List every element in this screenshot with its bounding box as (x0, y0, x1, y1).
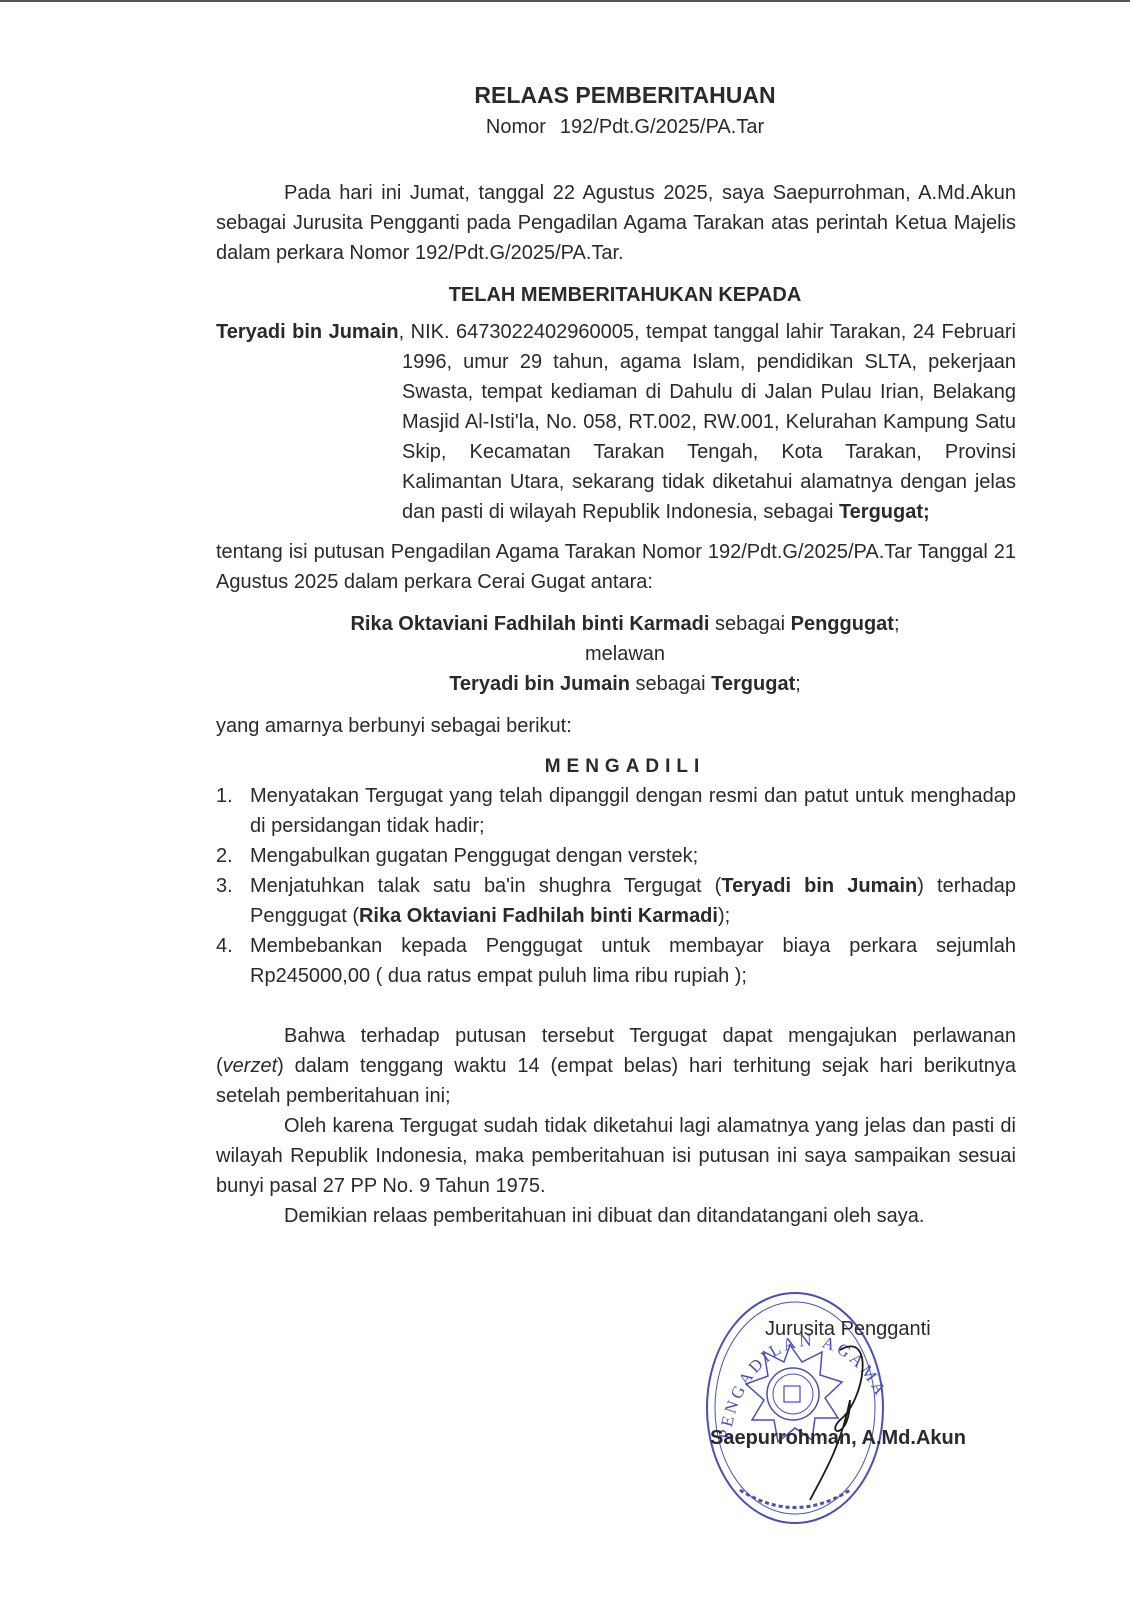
ruling-number: 3. (216, 871, 233, 901)
defendant-role: Tergugat (711, 673, 795, 695)
recipient-block: Teryadi bin Jumain, NIK. 647302240296000… (216, 317, 1016, 527)
recipient-details: , NIK. 6473022402960005, tempat tanggal … (399, 321, 1016, 523)
closing-paragraph-verzet: Bahwa terhadap putusan tersebut Tergugat… (216, 1021, 1016, 1111)
document-number: Nomor192/Pdt.G/2025/PA.Tar (234, 112, 1016, 142)
ruling-number: 2. (216, 841, 233, 871)
ruling-text: Menjatuhkan talak satu ba'in shughra Ter… (250, 875, 721, 897)
signature-block: PENGADILAN AGAMA TARAKAN Jurusita Pengga… (700, 1290, 1020, 1530)
page-top-border (0, 0, 1130, 2)
ruling-number: 4. (216, 931, 233, 961)
signer-name: Saepurrohman, A.Md.Akun (710, 1427, 966, 1450)
ruling-text: Menyatakan Tergugat yang telah dipanggil… (250, 785, 1016, 837)
plaintiff-name: Rika Oktaviani Fadhilah binti Karmadi (359, 905, 718, 927)
sebagai-text: sebagai (630, 673, 711, 695)
parties-block: Rika Oktaviani Fadhilah binti Karmadi se… (234, 609, 1016, 699)
closing-paragraph-address: Oleh karena Tergugat sudah tidak diketah… (216, 1111, 1016, 1201)
signer-title: Jurusita Pengganti (765, 1318, 931, 1341)
nomor-label: Nomor (486, 116, 546, 138)
verzet-term: verzet (223, 1055, 277, 1077)
tentang-paragraph: tentang isi putusan Pengadilan Agama Tar… (216, 537, 1016, 597)
defendant-name: Teryadi bin Jumain (449, 673, 630, 695)
mengadili-heading: MENGADILI (234, 753, 1016, 781)
plaintiff-line: Rika Oktaviani Fadhilah binti Karmadi se… (234, 609, 1016, 639)
ruling-number: 1. (216, 781, 233, 811)
ruling-item: 2.Mengabulkan gugatan Penggugat dengan v… (216, 841, 1016, 871)
punctuation: ; (894, 613, 900, 635)
ruling-text: Mengabulkan gugatan Penggugat dengan ver… (250, 845, 698, 867)
document-title: RELAAS PEMBERITAHUAN (234, 78, 1016, 112)
ruling-text: Membebankan kepada Penggugat untuk memba… (250, 935, 1016, 987)
defendant-line: Teryadi bin Jumain sebagai Tergugat; (234, 669, 1016, 699)
ruling-item: 4.Membebankan kepada Penggugat untuk mem… (216, 931, 1016, 991)
closing-paragraph-final: Demikian relaas pemberitahuan ini dibuat… (216, 1201, 1016, 1231)
ruling-item: 3.Menjatuhkan talak satu ba'in shughra T… (216, 871, 1016, 931)
plaintiff-role: Penggugat (791, 613, 894, 635)
nomor-value: 192/Pdt.G/2025/PA.Tar (560, 116, 764, 138)
ruling-item: 1.Menyatakan Tergugat yang telah dipangg… (216, 781, 1016, 841)
recipient-name: Teryadi bin Jumain (216, 321, 399, 343)
opening-paragraph: Pada hari ini Jumat, tanggal 22 Agustus … (216, 178, 1016, 268)
recipient-role: Tergugat; (839, 501, 930, 523)
ruling-text: ); (718, 905, 730, 927)
punctuation: ; (795, 673, 801, 695)
section-heading-recipient: TELAH MEMBERITAHUKAN KEPADA (234, 280, 1016, 310)
defendant-name: Teryadi bin Jumain (721, 875, 917, 897)
amar-intro: yang amarnya berbunyi sebagai berikut: (216, 711, 1016, 741)
plaintiff-name: Rika Oktaviani Fadhilah binti Karmadi (350, 613, 709, 635)
versus-line: melawan (234, 639, 1016, 669)
sebagai-text: sebagai (709, 613, 790, 635)
rulings-list: 1.Menyatakan Tergugat yang telah dipangg… (216, 781, 1016, 991)
document-page: RELAAS PEMBERITAHUAN Nomor192/Pdt.G/2025… (216, 78, 1016, 1231)
closing-text: ) dalam tenggang waktu 14 (empat belas) … (216, 1055, 1016, 1107)
